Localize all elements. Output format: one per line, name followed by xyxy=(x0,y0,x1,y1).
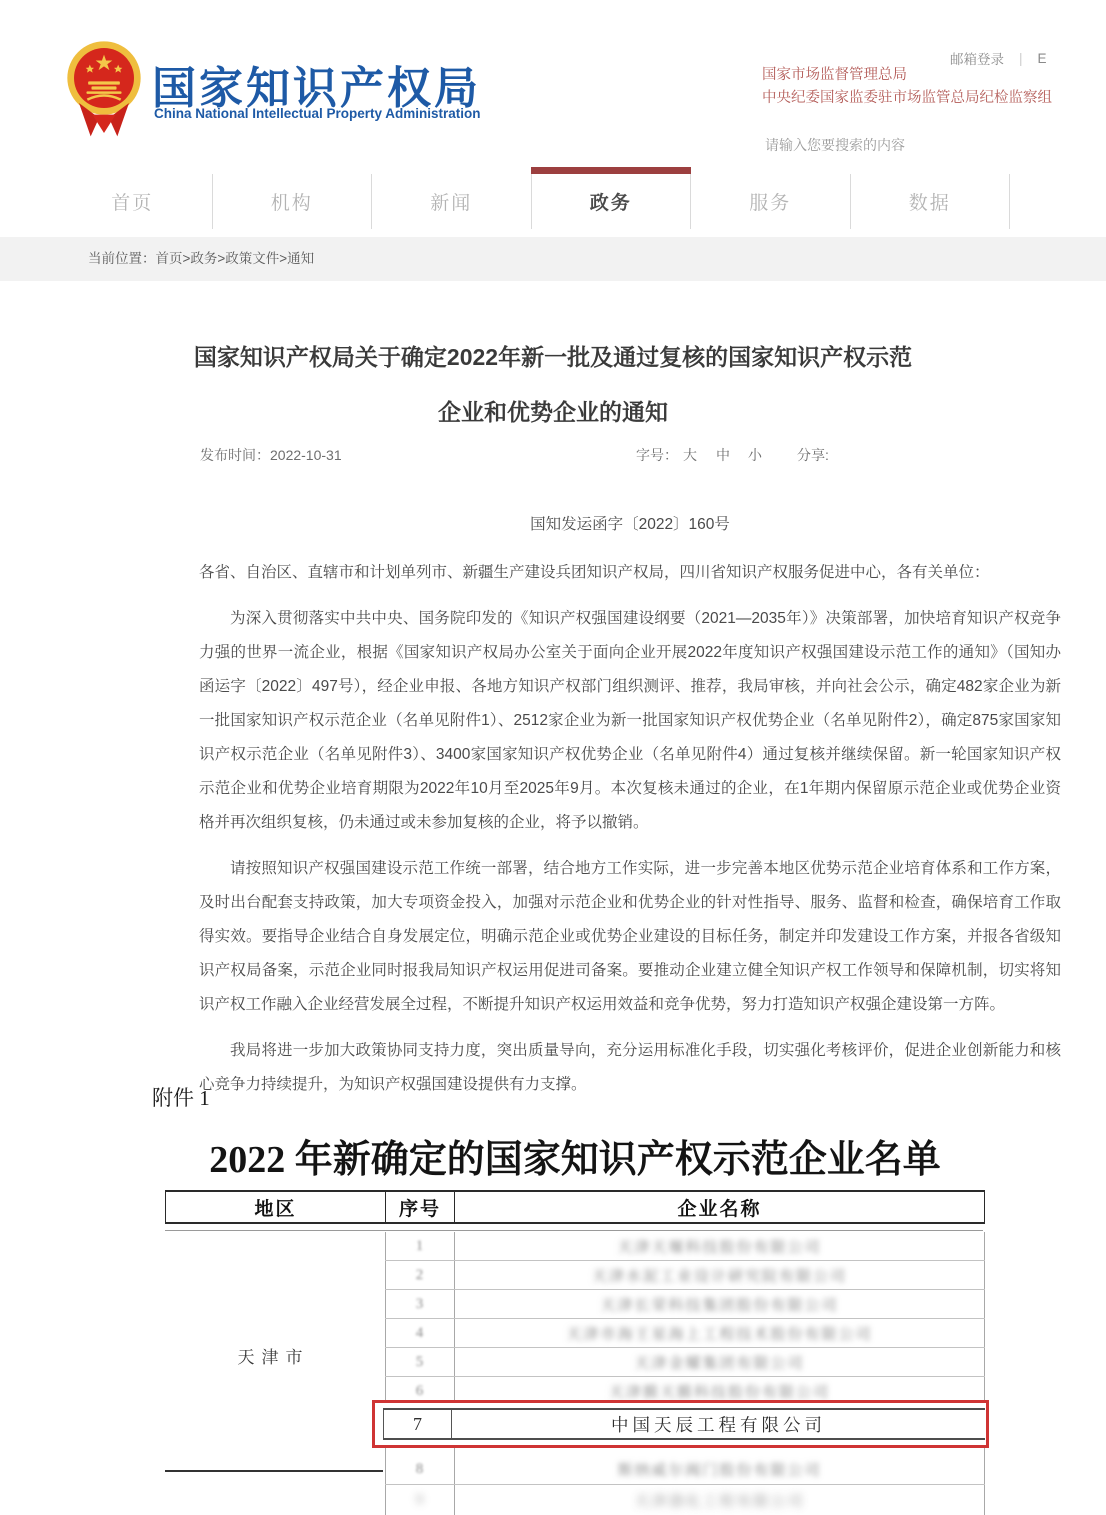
article-title-line1: 国家知识产权局关于确定2022年新一批及通过复核的国家知识产权示范 xyxy=(118,330,988,385)
breadcrumb-bar: 当前位置：首页>政务>政策文件>通知 xyxy=(0,237,1106,281)
red-highlight-box: 7 中国天辰工程有限公司 xyxy=(372,1400,989,1448)
main-nav: 首页 机构 新闻 政务 服务 数据 xyxy=(53,167,1010,232)
attachment-label: 附件 1 xyxy=(152,1082,210,1112)
table-row: 1天津天堰科技股份有限公司 xyxy=(385,1232,985,1261)
article-title: 国家知识产权局关于确定2022年新一批及通过复核的国家知识产权示范 企业和优势企… xyxy=(118,330,988,440)
related-link-samr[interactable]: 国家市场监督管理总局 xyxy=(762,64,1106,87)
table-row: 2天津水泥工业设计研究院有限公司 xyxy=(385,1261,985,1290)
font-size-small-button[interactable]: 小 xyxy=(748,445,762,465)
table-row: 4天津市海王星海上工程技术股份有限公司 xyxy=(385,1319,985,1348)
tab-government-affairs[interactable]: 政务 xyxy=(532,174,692,229)
page: 国家知识产权局 China National Intellectual Prop… xyxy=(0,0,1106,1515)
column-header-no: 序号 xyxy=(386,1192,455,1222)
article-title-line2: 企业和优势企业的通知 xyxy=(118,385,988,440)
table-row: 8斯纳威尔阀门股份有限公司 xyxy=(385,1454,985,1485)
breadcrumb[interactable]: 当前位置：首页>政务>政策文件>通知 xyxy=(88,237,314,281)
column-header-name: 企业名称 xyxy=(455,1192,984,1222)
site-subtitle: China National Intellectual Property Adm… xyxy=(154,106,481,121)
search-input[interactable] xyxy=(763,136,1097,154)
table-row: 3天津长荣科技集团股份有限公司 xyxy=(385,1290,985,1319)
related-gov-links: 国家市场监督管理总局 中央纪委国家监委驻市场监管总局纪检监察组 xyxy=(762,64,1106,110)
national-emblem-icon xyxy=(62,38,146,138)
article-meta: 发布时间：2022-10-31 字号： 大 中 小 分享: xyxy=(0,445,1106,467)
font-size-large-button[interactable]: 大 xyxy=(683,445,697,465)
region-cell-bottom-border xyxy=(165,1470,383,1472)
search-box xyxy=(763,136,1093,155)
highlighted-table-row: 7 中国天辰工程有限公司 xyxy=(383,1408,985,1440)
highlighted-row-no: 7 xyxy=(383,1410,452,1438)
tab-institution[interactable]: 机构 xyxy=(213,174,373,229)
article-body: 各省、自治区、直辖市和计划单列市、新疆生产建设兵团知识产权局，四川省知识产权服务… xyxy=(199,556,1061,1114)
column-header-region: 地区 xyxy=(166,1192,386,1222)
tab-news[interactable]: 新闻 xyxy=(372,174,532,229)
enterprise-table: 地区 序号 企业名称 天津市 1天津天堰科技股份有限公司 2天津水泥工业设计研究… xyxy=(165,1190,985,1515)
paragraph-3: 我局将进一步加大政策协同支持力度，突出质量导向，充分运用标准化手段，切实强化考核… xyxy=(199,1034,1061,1102)
font-size-medium-button[interactable]: 中 xyxy=(716,445,730,465)
document-number: 国知发运函字〔2022〕160号 xyxy=(199,512,1061,534)
attachment-table-title: 2022 年新确定的国家知识产权示范企业名单 xyxy=(100,1128,1050,1183)
tab-data[interactable]: 数据 xyxy=(851,174,1011,229)
paragraph-1: 为深入贯彻落实中共中央、国务院印发的《知识产权强国建设纲要（2021—2035年… xyxy=(199,602,1061,840)
table-row: 9天津渤化工程有限公司 xyxy=(385,1485,985,1515)
tab-services[interactable]: 服务 xyxy=(691,174,851,229)
table-header-row: 地区 序号 企业名称 xyxy=(165,1190,985,1224)
tab-home[interactable]: 首页 xyxy=(53,174,213,229)
font-size-label: 字号： xyxy=(636,445,678,465)
publish-date: 发布时间：2022-10-31 xyxy=(200,445,342,465)
table-row: 5天津金耀集团有限公司 xyxy=(385,1348,985,1377)
table-subline xyxy=(165,1230,983,1231)
salutation: 各省、自治区、直辖市和计划单列市、新疆生产建设兵团知识产权局，四川省知识产权服务… xyxy=(199,556,1061,590)
region-cell-tianjin: 天津市 xyxy=(165,1340,382,1370)
share-button[interactable]: 分享: xyxy=(797,445,829,465)
paragraph-2: 请按照知识产权强国建设示范工作统一部署，结合地方工作实际，进一步完善本地区优势示… xyxy=(199,852,1061,1022)
table-body: 1天津天堰科技股份有限公司 2天津水泥工业设计研究院有限公司 3天津长荣科技集团… xyxy=(385,1232,985,1515)
related-link-discipline[interactable]: 中央纪委国家监委驻市场监管总局纪检监察组 xyxy=(762,87,1106,110)
highlighted-row-name: 中国天辰工程有限公司 xyxy=(452,1410,985,1438)
